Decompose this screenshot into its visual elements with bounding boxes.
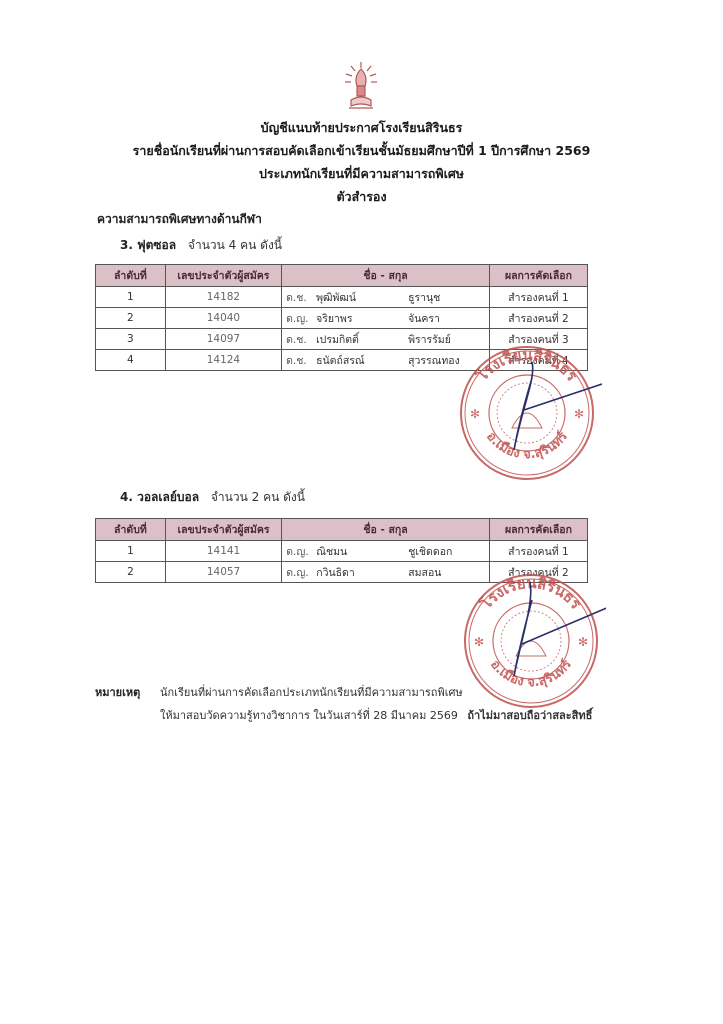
group-count: จำนวน 4 คน ดังนี้: [188, 238, 282, 252]
note-line-2: ให้มาสอบวัดความรู้ทางวิชาการ ในวันเสาร์ท…: [160, 706, 592, 724]
cell-name: ด.ญ.ณิชมนชูเชิดดอก: [282, 541, 490, 562]
cell-rank: 4: [96, 350, 166, 371]
school-seal-stamp: ✻ ✻ โรงเรียนสิรินธร อ.เมือง จ.สุรินทร์: [452, 338, 602, 488]
cell-applicant-id: 14182: [165, 287, 281, 308]
header-rank: ลำดับที่: [96, 519, 166, 541]
header-result: ผลการคัดเลือก: [489, 519, 587, 541]
document-status: ตัวสำรอง: [0, 187, 723, 207]
cell-applicant-id: 14124: [165, 350, 281, 371]
section-heading: ความสามารถพิเศษทางด้านกีฬา: [97, 210, 262, 229]
name-prefix: ด.ญ.: [286, 310, 316, 327]
document-subtitle: รายชื่อนักเรียนที่ผ่านการสอบคัดเลือกเข้า…: [0, 141, 723, 161]
name-prefix: ด.ญ.: [286, 564, 316, 581]
header-applicant-id: เลขประจำตัวผู้สมัคร: [165, 519, 281, 541]
table-row: 114182ด.ช.พุฒิพัฒน์ธูรานุชสำรองคนที่ 1: [96, 287, 588, 308]
header-applicant-id: เลขประจำตัวผู้สมัคร: [165, 265, 281, 287]
first-name: ณิชมน: [316, 543, 408, 560]
note-line-1: นักเรียนที่ผ่านการคัดเลือกประเภทนักเรียน…: [160, 683, 463, 701]
last-name: พิรารรัมย์: [408, 331, 451, 348]
svg-text:✻: ✻: [578, 635, 588, 649]
table-header-row: ลำดับที่ เลขประจำตัวผู้สมัคร ชื่อ - สกุล…: [96, 519, 588, 541]
cell-rank: 3: [96, 329, 166, 350]
header-result: ผลการคัดเลือก: [489, 265, 587, 287]
group-title: 4. วอลเลย์บอล: [120, 490, 199, 504]
document-category: ประเภทนักเรียนที่มีความสามารถพิเศษ: [0, 164, 723, 184]
cell-applicant-id: 14057: [165, 562, 281, 583]
group-title: 3. ฟุตซอล: [120, 238, 176, 252]
name-prefix: ด.ช.: [286, 352, 316, 369]
cell-result: สำรองคนที่ 1: [489, 287, 587, 308]
table-row: 114141ด.ญ.ณิชมนชูเชิดดอกสำรองคนที่ 1: [96, 541, 588, 562]
note-label: หมายเหตุ: [95, 683, 140, 701]
header-rank: ลำดับที่: [96, 265, 166, 287]
name-prefix: ด.ช.: [286, 331, 316, 348]
svg-text:✻: ✻: [470, 407, 480, 421]
name-prefix: ด.ช.: [286, 289, 316, 306]
header-name: ชื่อ - สกุล: [282, 519, 490, 541]
group-heading-volleyball: 4. วอลเลย์บอล จำนวน 2 คน ดังนี้: [120, 488, 305, 507]
header-name: ชื่อ - สกุล: [282, 265, 490, 287]
cell-rank: 1: [96, 287, 166, 308]
cell-applicant-id: 14040: [165, 308, 281, 329]
first-name: พุฒิพัฒน์: [316, 289, 408, 306]
table-header-row: ลำดับที่ เลขประจำตัวผู้สมัคร ชื่อ - สกุล…: [96, 265, 588, 287]
group-count: จำนวน 2 คน ดังนี้: [211, 490, 305, 504]
cell-applicant-id: 14141: [165, 541, 281, 562]
last-name: ชูเชิดดอก: [408, 543, 452, 560]
last-name: สมสอน: [408, 564, 441, 581]
school-seal-stamp: ✻ ✻ โรงเรียนสิรินธร อ.เมือง จ.สุรินทร์: [456, 566, 606, 716]
svg-text:อ.เมือง จ.สุรินทร์: อ.เมือง จ.สุรินทร์: [487, 657, 575, 690]
group-heading-futsal: 3. ฟุตซอล จำนวน 4 คน ดังนี้: [120, 236, 282, 255]
svg-text:โรงเรียนสิรินธร: โรงเรียนสิรินธร: [472, 346, 582, 385]
note-line-2-text: ให้มาสอบวัดความรู้ทางวิชาการ ในวันเสาร์ท…: [160, 709, 458, 722]
cell-rank: 2: [96, 562, 166, 583]
svg-text:✻: ✻: [474, 635, 484, 649]
school-emblem-icon: [343, 60, 379, 112]
svg-text:✻: ✻: [574, 407, 584, 421]
name-prefix: ด.ญ.: [286, 543, 316, 560]
cell-name: ด.ช.พุฒิพัฒน์ธูรานุช: [282, 287, 490, 308]
svg-text:อ.เมือง จ.สุรินทร์: อ.เมือง จ.สุรินทร์: [483, 429, 571, 462]
cell-name: ด.ญ.จริยาพรจันครา: [282, 308, 490, 329]
cell-applicant-id: 14097: [165, 329, 281, 350]
document-title: บัญชีแนบท้ายประกาศโรงเรียนสิรินธร: [0, 118, 723, 138]
first-name: เปรมกิตติ์: [316, 331, 408, 348]
cell-result: สำรองคนที่ 2: [489, 308, 587, 329]
last-name: ธูรานุช: [408, 289, 440, 306]
first-name: กวินธิดา: [316, 564, 408, 581]
first-name: จริยาพร: [316, 310, 408, 327]
last-name: จันครา: [408, 310, 440, 327]
table-row: 214040ด.ญ.จริยาพรจันคราสำรองคนที่ 2: [96, 308, 588, 329]
first-name: ธนัตถ์สรณ์: [316, 352, 408, 369]
cell-rank: 2: [96, 308, 166, 329]
cell-rank: 1: [96, 541, 166, 562]
cell-result: สำรองคนที่ 1: [489, 541, 587, 562]
note-line-2-emphasis: ถ้าไม่มาสอบถือว่าสละสิทธิ์: [467, 709, 592, 722]
